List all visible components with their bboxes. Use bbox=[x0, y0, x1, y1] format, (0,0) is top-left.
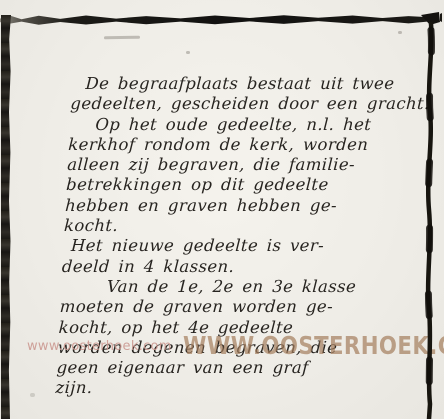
handwritten-line: Van de 1e, 2e en 3e klasse bbox=[60, 277, 421, 297]
handwritten-line: kerkhof rondom de kerk, worden bbox=[68, 135, 429, 155]
handwritten-line: zijn. bbox=[55, 378, 416, 398]
handwritten-line: gedeelten, gescheiden door een gracht. bbox=[70, 94, 431, 114]
handwritten-line: Op het oude gedeelte, n.l. het bbox=[69, 115, 430, 135]
watermark-large: WWW.OOSTERHOEK.COM bbox=[183, 331, 444, 360]
handwritten-line: Het nieuwe gedeelte is ver- bbox=[62, 236, 423, 256]
paper-speck bbox=[398, 31, 402, 34]
paper-speck bbox=[104, 36, 140, 40]
handwritten-line: betrekkingen op dit gedeelte bbox=[66, 175, 427, 195]
handwritten-line: hebben en graven hebben ge- bbox=[65, 196, 426, 216]
handwritten-line: geen eigenaar van een graf bbox=[56, 358, 417, 378]
handwritten-line: deeld in 4 klassen. bbox=[61, 257, 422, 277]
handwritten-line: moeten de graven worden ge- bbox=[59, 297, 420, 317]
paper-speck bbox=[30, 393, 35, 397]
paper-speck bbox=[186, 51, 190, 54]
handwritten-line: kocht. bbox=[63, 216, 424, 236]
handwritten-line: alleen zij begraven, die familie- bbox=[67, 155, 428, 175]
photo-of-handwritten-page: De begraafplaats bestaat uit twee gedeel… bbox=[0, 0, 444, 419]
watermark-small: www.oosterhoek.com bbox=[27, 339, 172, 354]
photo-border-right bbox=[420, 10, 442, 419]
handwritten-line: De begraafplaats bestaat uit twee bbox=[71, 74, 432, 94]
